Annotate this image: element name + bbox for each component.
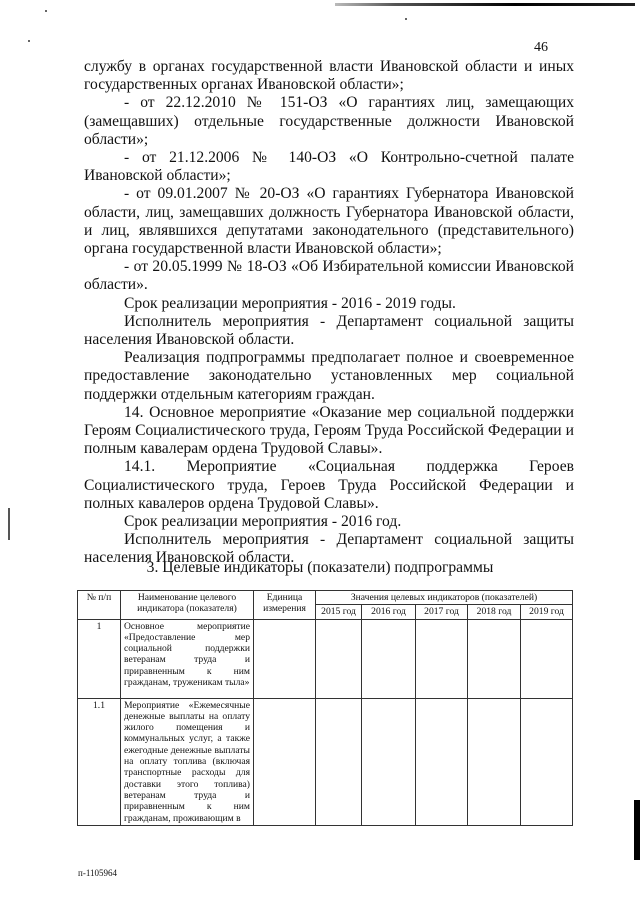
indicators-table: № п/п Наименование целевого индикатора (… [77, 590, 573, 826]
scan-artifact-right-edge [634, 800, 640, 860]
scan-speck [405, 18, 407, 20]
cell-value [468, 698, 521, 825]
cell-value [362, 698, 416, 825]
cell-num: 1.1 [78, 698, 121, 825]
table-header-row: № п/п Наименование целевого индикатора (… [78, 591, 573, 605]
header-year: 2015 год [316, 605, 362, 619]
table-row: 1 Основное мероприятие «Предоставление м… [78, 619, 573, 698]
cell-num: 1 [78, 619, 121, 698]
cell-value [521, 619, 573, 698]
section-title: 3. Целевые индикаторы (показатели) подпр… [0, 559, 640, 577]
cell-unit [254, 698, 316, 825]
paragraph: - от 09.01.2007 № 20-ОЗ «О гарантиях Губ… [84, 185, 574, 258]
header-year: 2018 год [468, 605, 521, 619]
header-year: 2016 год [362, 605, 416, 619]
paragraph: Срок реализации мероприятия - 2016 - 201… [84, 295, 574, 313]
cell-value [416, 698, 468, 825]
cell-value [362, 619, 416, 698]
scan-speck [45, 10, 47, 12]
table-row: 1.1 Мероприятие «Ежемесячные денежные вы… [78, 698, 573, 825]
paragraph: 14. Основное мероприятие «Оказание мер с… [84, 404, 574, 459]
document-body: службу в органах государственной власти … [84, 58, 574, 568]
paragraph: - от 22.12.2010 № 151-ОЗ «О гарантиях ли… [84, 94, 574, 149]
cell-value [316, 619, 362, 698]
cell-value [416, 619, 468, 698]
scan-artifact-left-mark [8, 508, 10, 540]
paragraph: Реализация подпрограммы предполагает пол… [84, 349, 574, 404]
cell-name: Основное мероприятие «Предоставление мер… [121, 619, 254, 698]
cell-unit [254, 619, 316, 698]
cell-value [316, 698, 362, 825]
paragraph: 14.1. Мероприятие «Социальная поддержка … [84, 458, 574, 513]
scan-speck [28, 40, 30, 42]
paragraph: Исполнитель мероприятия - Департамент со… [84, 313, 574, 349]
paragraph: - от 20.05.1999 № 18-ОЗ «Об Избирательно… [84, 258, 574, 294]
header-year: 2017 год [416, 605, 468, 619]
scan-artifact-top-edge [335, 3, 635, 6]
header-values-group: Значения целевых индикаторов (показателе… [316, 591, 573, 605]
cell-value [521, 698, 573, 825]
header-num: № п/п [78, 591, 121, 620]
document-code: п-1105964 [78, 868, 117, 878]
page-number: 46 [534, 40, 548, 56]
header-name: Наименование целевого индикатора (показа… [121, 591, 254, 620]
paragraph: службу в органах государственной власти … [84, 58, 574, 94]
paragraph: Срок реализации мероприятия - 2016 год. [84, 513, 574, 531]
header-year: 2019 год [521, 605, 573, 619]
paragraph: - от 21.12.2006 № 140-ОЗ «О Контрольно-с… [84, 149, 574, 185]
header-unit: Единица измерения [254, 591, 316, 620]
cell-name: Мероприятие «Ежемесячные денежные выплат… [121, 698, 254, 825]
cell-value [468, 619, 521, 698]
